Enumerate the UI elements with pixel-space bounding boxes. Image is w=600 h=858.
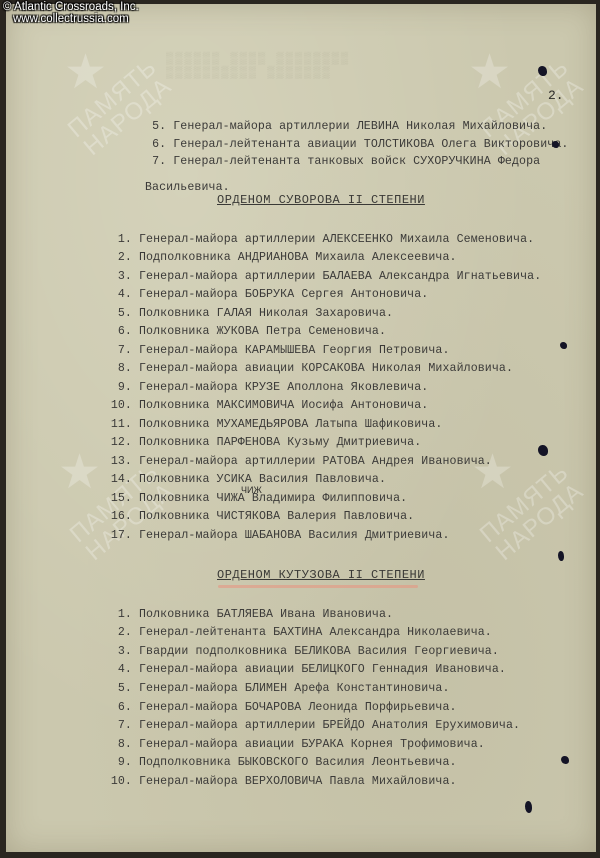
ink-blot bbox=[538, 445, 548, 456]
red-pencil-underline bbox=[218, 585, 418, 588]
ink-blot bbox=[538, 66, 547, 76]
list-item: 7.Генерал-майора артиллерии БРЕЙДО Анато… bbox=[110, 719, 520, 732]
list-item: 5.Генерал-майора БЛИМЕН Арефа Константин… bbox=[110, 682, 450, 695]
list-item: 10.Генерал-майора ВЕРХОЛОВИЧА Павла Миха… bbox=[110, 775, 457, 788]
ink-blot bbox=[561, 756, 569, 764]
list-item: 8.Генерал-майора авиации КОРСАКОВА Никол… bbox=[110, 362, 513, 375]
list-item: 7.Генерал-лейтенанта танковых войск СУХО… bbox=[116, 142, 540, 220]
list-item: 10.Полковника МАКСИМОВИЧА Иосифа Антонов… bbox=[110, 399, 428, 412]
list-item: 17.Генерал-майора ШАБАНОВА Василия Дмитр… bbox=[110, 529, 450, 542]
list-item: 1.Полковника БАТЛЯЕВА Ивана Ивановича. bbox=[110, 608, 393, 621]
star-icon: ★ bbox=[64, 44, 107, 100]
copyright-line: © Atlantic Crossroads, Inc. bbox=[3, 1, 139, 13]
list-item: 2.Генерал-лейтенанта БАХТИНА Александра … bbox=[110, 626, 492, 639]
section-heading-suvorov: ОРДЕНОМ СУВОРОВА II СТЕПЕНИ bbox=[217, 193, 425, 207]
list-item: 3.Генерал-майора артиллерии БАЛАЕВА Алек… bbox=[110, 270, 541, 283]
star-icon: ★ bbox=[468, 44, 511, 100]
list-item: 9.Генерал-майора КРУЗЕ Аполлона Яковлеви… bbox=[110, 381, 428, 394]
bleed-through-header: ▒▒▒▒▒▒ ▒▒▒▒ ▒▒▒▒▒▒▒▒▒▒▒▒▒▒▒▒▒▒ ▒▒▒▒▒▒▒ bbox=[166, 52, 426, 92]
list-item: 7.Генерал-майора КАРАМЫШЕВА Георгия Петр… bbox=[110, 344, 450, 357]
memory-stamp-watermark: ПАМЯТЬНАРОДА bbox=[476, 460, 589, 566]
page-number: 2. bbox=[548, 88, 564, 103]
website-line: www.collectrussia.com bbox=[3, 13, 139, 25]
copyright-watermark: © Atlantic Crossroads, Inc. www.collectr… bbox=[3, 1, 139, 25]
list-item: 16.Полковника ЧИСТЯКОВА Валерия Павлович… bbox=[110, 510, 414, 523]
list-item: 6.Полковника ЖУКОВА Петра Семеновича. bbox=[110, 325, 386, 338]
ink-blot bbox=[525, 801, 532, 813]
star-icon: ★ bbox=[58, 444, 101, 500]
list-item: 12.Полковника ПАРФЕНОВА Кузьму Дмитриеви… bbox=[110, 436, 421, 449]
list-item: 2.Подполковника АНДРИАНОВА Михаила Алекс… bbox=[110, 251, 457, 264]
list-item: 6.Генерал-майора БОЧАРОВА Леонида Порфир… bbox=[110, 701, 457, 714]
section-heading-kutuzov: ОРДЕНОМ КУТУЗОВА II СТЕПЕНИ bbox=[217, 568, 425, 582]
list-item: 4.Генерал-майора авиации БЕЛИЦКОГО Генна… bbox=[110, 663, 506, 676]
ink-blot bbox=[552, 141, 559, 148]
star-icon: ★ bbox=[471, 444, 514, 500]
ink-blot bbox=[560, 342, 567, 349]
list-item: 9.Подполковника БЫКОВСКОГО Василия Леонт… bbox=[110, 756, 457, 769]
list-item: 5.Полковника ГАЛАЯ Николая Захаровича. bbox=[110, 307, 393, 320]
list-item: 4.Генерал-майора БОБРУКА Сергея Антонови… bbox=[110, 288, 428, 301]
list-item: 13.Генерал-майора артиллерии РАТОВА Андр… bbox=[110, 455, 492, 468]
handwritten-annotation: ЧИЖ bbox=[241, 485, 262, 495]
document-page: ▒▒▒▒▒▒ ▒▒▒▒ ▒▒▒▒▒▒▒▒▒▒▒▒▒▒▒▒▒▒ ▒▒▒▒▒▒▒ ★… bbox=[6, 4, 596, 852]
list-item: 8.Генерал-майора авиации БУРАКА Корнея Т… bbox=[110, 738, 485, 751]
list-item: 3.Гвардии подполковника БЕЛИКОВА Василия… bbox=[110, 645, 499, 658]
list-item: 11.Полковника МУХАМЕДЬЯРОВА Латыпа Шафик… bbox=[110, 418, 442, 431]
list-item: 1.Генерал-майора артиллерии АЛЕКСЕЕНКО М… bbox=[110, 233, 534, 246]
ink-blot bbox=[558, 551, 564, 561]
